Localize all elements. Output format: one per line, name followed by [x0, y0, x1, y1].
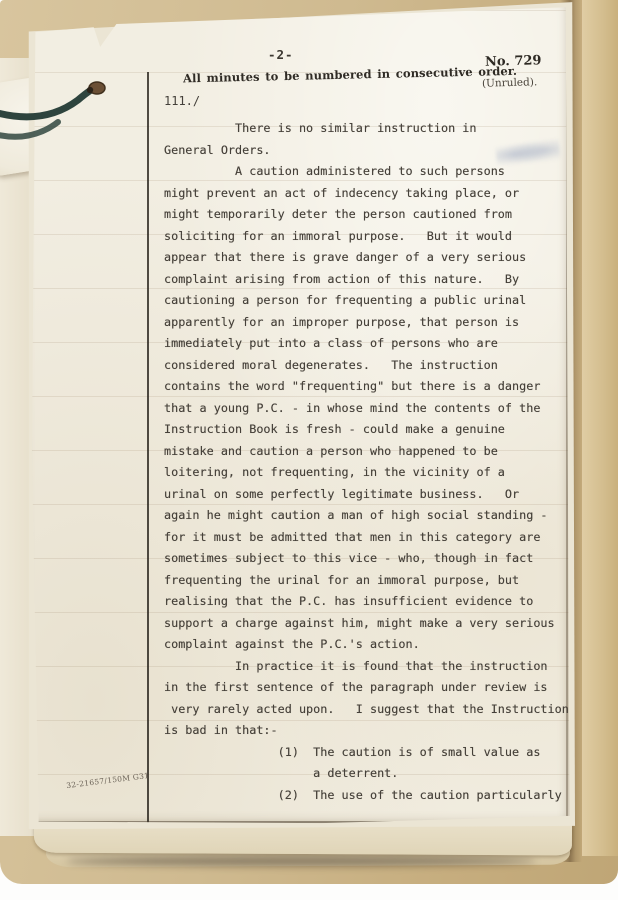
typed-line: contains the word "frequenting" but ther… — [164, 376, 564, 398]
typed-line: that a young P.C. - in whose mind the co… — [164, 398, 564, 420]
typed-line: a deterrent. — [164, 763, 564, 785]
typed-line: loitering, not frequenting, in the vicin… — [164, 462, 564, 484]
folder-right-edge — [582, 0, 618, 856]
punch-hole — [87, 87, 93, 93]
typed-line: complaint against the P.C.'s action. — [164, 634, 564, 656]
typed-line: considered moral degenerates. The instru… — [164, 355, 564, 377]
typed-line: again he might caution a man of high soc… — [164, 505, 564, 527]
printed-header-instruction: All minutes to be numbered in consecutiv… — [183, 65, 483, 86]
typed-line: for it must be admitted that men in this… — [164, 527, 564, 549]
typed-line: might prevent an act of indecency taking… — [164, 183, 564, 205]
typed-line: In practice it is found that the instruc… — [164, 656, 564, 678]
archival-photo: -2- All minutes to be numbered in consec… — [0, 0, 618, 900]
typed-line: complaint arising from action of this na… — [164, 269, 564, 291]
typed-line: appear that there is grave danger of a v… — [164, 247, 564, 269]
typed-line: (2) The use of the caution particularly — [164, 785, 564, 807]
typed-line: in the first sentence of the paragraph u… — [164, 677, 564, 699]
page-number: -2- — [268, 48, 294, 62]
typed-line: cautioning a person for frequenting a pu… — [164, 290, 564, 312]
typed-line: Instruction Book is fresh - could make a… — [164, 419, 564, 441]
form-note: (Unruled). — [482, 76, 538, 89]
typed-line: (1) The caution is of small value as — [164, 742, 564, 764]
page-stack-shadow — [66, 856, 536, 866]
margin-rule-line — [147, 72, 149, 828]
typed-line: frequenting the urinal for an immoral pu… — [164, 570, 564, 592]
binding-string — [0, 50, 180, 150]
typed-line: soliciting for an immoral purpose. But i… — [164, 226, 564, 248]
stationery-print-code: 32-21657/150M G31 — [66, 771, 150, 790]
typed-lines: There is no similar instruction inGenera… — [164, 118, 564, 806]
typed-line: sometimes subject to this vice - who, th… — [164, 548, 564, 570]
typed-line: very rarely acted upon. I suggest that t… — [164, 699, 564, 721]
typed-line: is bad in that:- — [164, 720, 564, 742]
typed-line: support a charge against him, might make… — [164, 613, 564, 635]
typed-line: apparently for an improper purpose, that… — [164, 312, 564, 334]
typed-line: mistake and caution a person who happene… — [164, 441, 564, 463]
typed-line: immediately put into a class of persons … — [164, 333, 564, 355]
typed-line: realising that the P.C. has insufficient… — [164, 591, 564, 613]
typed-line: There is no similar instruction in — [164, 118, 564, 140]
typed-line: urinal on some perfectly legitimate busi… — [164, 484, 564, 506]
binding-string-strand — [0, 122, 58, 137]
form-number: No. 729 — [485, 53, 542, 69]
typed-body: There is no similar instruction inGenera… — [164, 118, 564, 828]
typed-line: might temporarily deter the person cauti… — [164, 204, 564, 226]
binding-string-strand — [0, 90, 91, 117]
